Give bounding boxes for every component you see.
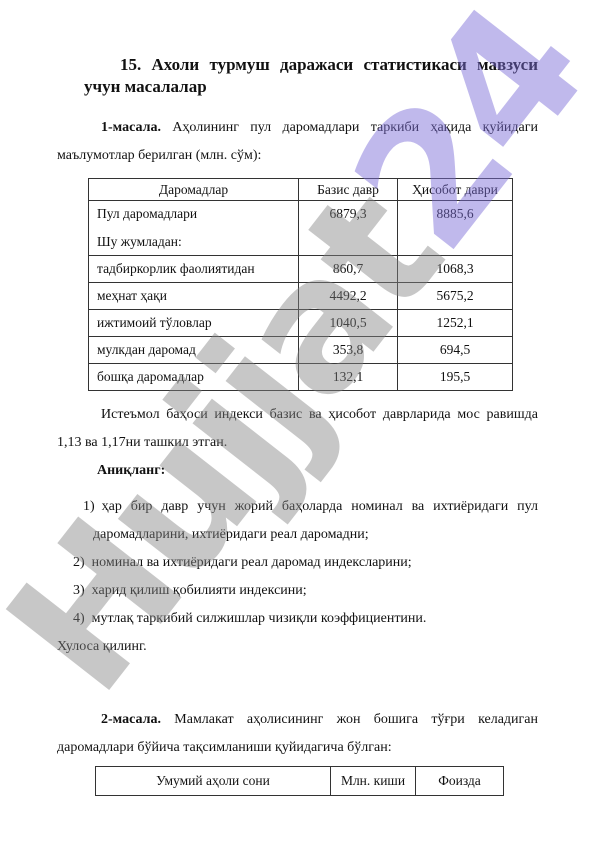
conclusion-line: Хулоса қилинг. [57,633,538,661]
table-header-row: Даромадлар Базис давр Ҳисобот даври [89,179,513,201]
col-header-total-population: Умумий аҳоли сони [96,767,331,796]
col-header-report-period: Ҳисобот даври [398,179,513,201]
task-text: ҳар бир давр учун жорий баҳоларда номина… [93,499,538,542]
row-label: меҳнат ҳақи [89,283,299,310]
problem1-intro: 1-масала. Аҳолининг пул даромадлари тарк… [57,114,538,170]
row-label-line-1: Пул даромадлари [97,203,290,225]
base-value: 353,8 [299,337,398,364]
task-item-2: 2)номинал ва ихтиёридаги реал даромад ин… [57,549,538,577]
problem1-label: 1-масала. [101,120,161,135]
table-row: Пул даромадлари Шу жумладан: 6879,3 8885… [89,201,513,256]
problem2-intro: 2-масала. Мамлакат аҳолисининг жон бошиг… [57,706,538,762]
row-label: тадбиркорлик фаолиятидан [89,256,299,283]
row-label: бошқа даромадлар [89,364,299,391]
base-value: 6879,3 [299,201,398,256]
report-value: 195,5 [398,364,513,391]
table-row: бошқа даромадлар 132,1 195,5 [89,364,513,391]
problem2-label: 2-масала. [101,712,161,727]
document-content: 15. Ахоли турмуш даражаси статистикаси м… [0,0,596,796]
base-value: 1040,5 [299,310,398,337]
row-label: ижтимоий тўловлар [89,310,299,337]
table-header-row: Умумий аҳоли сони Млн. киши Фоизда [96,767,504,796]
task-item-1: 1)ҳар бир давр учун жорий баҳоларда номи… [57,493,538,549]
task-text: харид қилиш қобилияти индексини; [92,583,307,598]
base-value: 132,1 [299,364,398,391]
base-value: 860,7 [299,256,398,283]
table-row: меҳнат ҳақи 4492,2 5675,2 [89,283,513,310]
income-structure-table: Даромадлар Базис давр Ҳисобот даври Пул … [88,178,513,391]
task-number: 4) [73,611,85,626]
task-text: мутлақ таркибий силжишлар чизиқли коэффи… [92,611,427,626]
page-title-line-1: 15. Ахоли турмуш даражаси статистикаси м… [84,54,538,76]
cpi-note: Истеъмол баҳоси индекси базис ва ҳисобот… [57,401,538,457]
population-distribution-table: Умумий аҳоли сони Млн. киши Фоизда [95,766,504,796]
document-page: 15. Ахоли турмуш даражаси статистикаси м… [0,0,596,842]
col-header-incomes: Даромадлар [89,179,299,201]
table-row: тадбиркорлик фаолиятидан 860,7 1068,3 [89,256,513,283]
page-title: 15. Ахоли турмуш даражаси статистикаси м… [84,54,538,98]
task-number: 2) [73,555,85,570]
report-value: 8885,6 [398,201,513,256]
table-row: мулкдан даромад 353,8 694,5 [89,337,513,364]
task-item-4: 4)мутлақ таркибий силжишлар чизиқли коэф… [57,605,538,633]
page-title-line-2: учун масалалар [84,76,538,98]
row-label-line-2: Шу жумладан: [97,231,290,253]
col-header-base-period: Базис давр [299,179,398,201]
task-item-3: 3)харид қилиш қобилияти индексини; [57,577,538,605]
col-header-mln-people: Млн. киши [331,767,416,796]
col-header-percent: Фоизда [416,767,504,796]
find-label: Аниқланг: [97,457,538,485]
task-text: номинал ва ихтиёридаги реал даромад инде… [92,555,412,570]
task-list: 1)ҳар бир давр учун жорий баҳоларда номи… [57,493,538,661]
task-number: 3) [73,583,85,598]
base-value: 4492,2 [299,283,398,310]
report-value: 1252,1 [398,310,513,337]
task-number: 1) [83,499,95,514]
report-value: 5675,2 [398,283,513,310]
row-label: мулкдан даромад [89,337,299,364]
report-value: 1068,3 [398,256,513,283]
report-value: 694,5 [398,337,513,364]
row-label: Пул даромадлари Шу жумладан: [89,201,299,256]
table-row: ижтимоий тўловлар 1040,5 1252,1 [89,310,513,337]
